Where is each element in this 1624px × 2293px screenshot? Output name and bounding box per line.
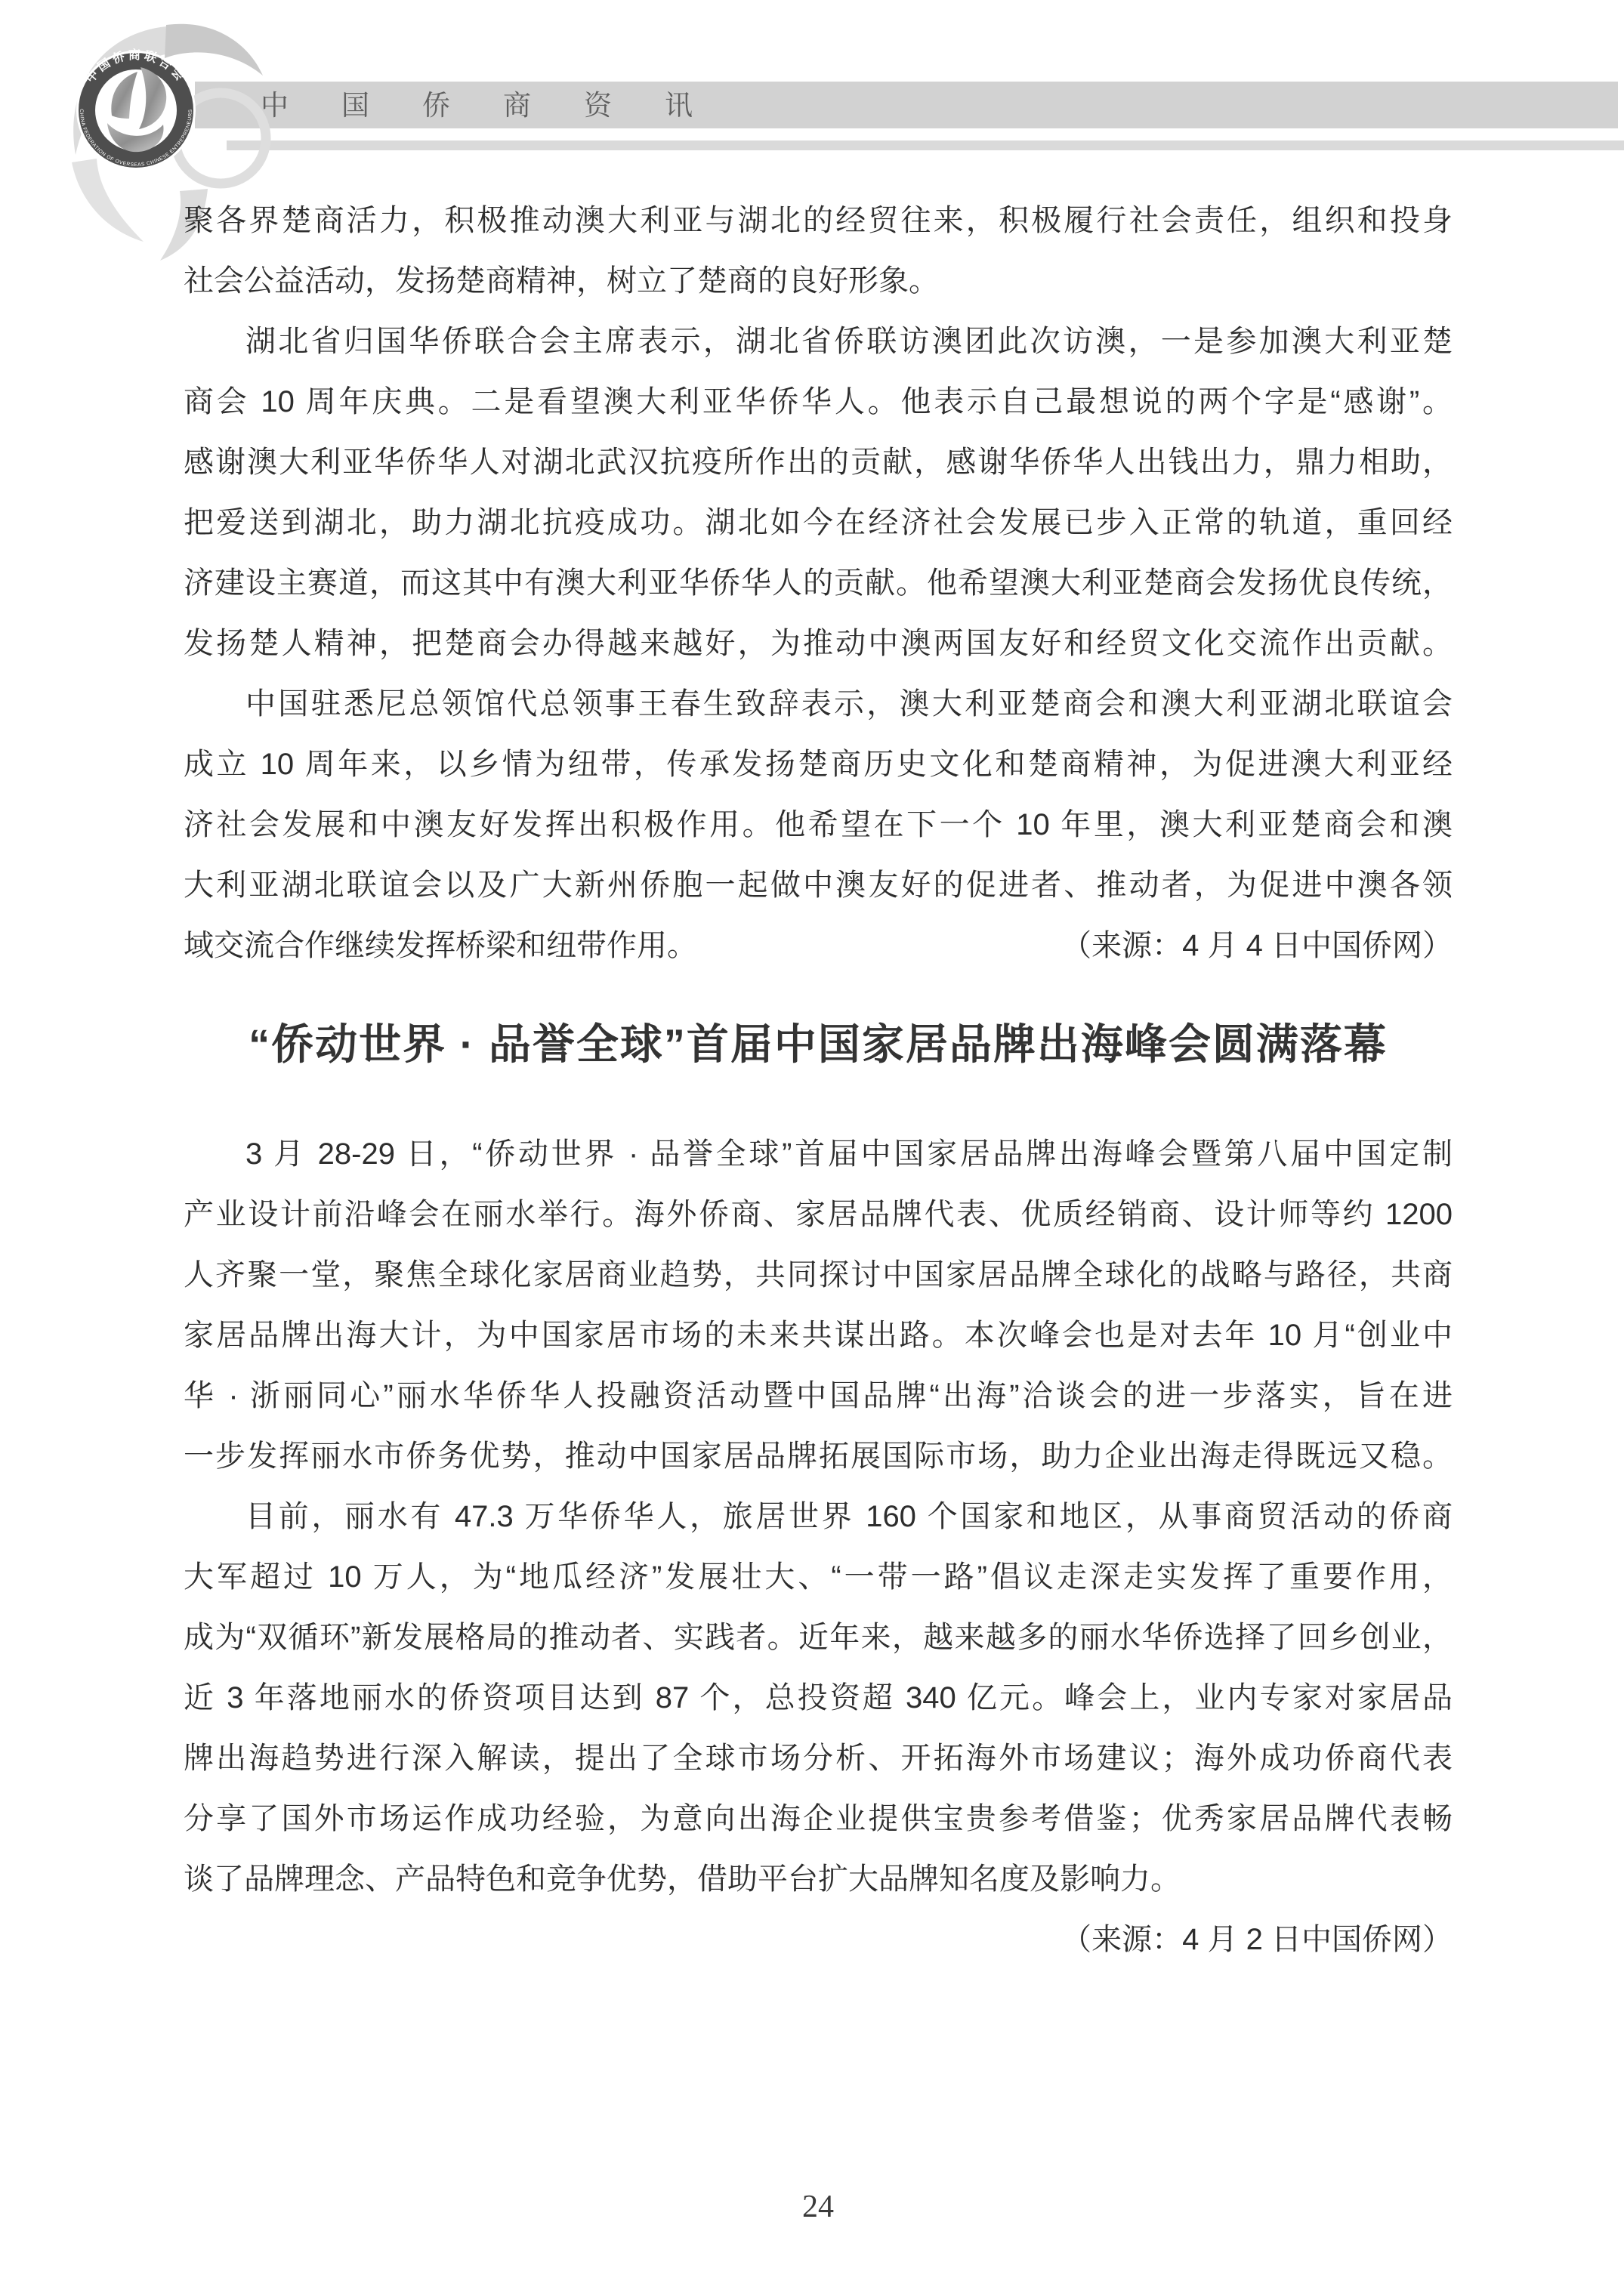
text-line: 近 3 年落地丽水的侨资项目达到 87 个，总投资超 340 亿元。峰会上，业内… <box>184 1668 1453 1728</box>
text-line: 大军超过 10 万人，为“地瓜经济”发展壮大、“一带一路”倡议走深走实发挥了重要… <box>184 1547 1453 1607</box>
text-line: 产业设计前沿峰会在丽水举行。海外侨商、家居品牌代表、优质经销商、设计师等约 12… <box>184 1184 1453 1245</box>
text-line: 人齐聚一堂，聚焦全球化家居商业趋势，共同探讨中国家居品牌全球化的战略与路径，共商 <box>184 1245 1453 1305</box>
text-line: 分享了国外市场运作成功经验，为意向出海企业提供宝贵参考借鉴；优秀家居品牌代表畅 <box>184 1788 1453 1849</box>
text-line-with-source: 域交流合作继续发挥桥梁和纽带作用。 （来源：4 月 4 日中国侨网） <box>184 915 1453 976</box>
text-line: 湖北省归国华侨联合会主席表示，湖北省侨联访澳团此次访澳，一是参加澳大利亚楚 <box>184 311 1453 372</box>
text-line: 感谢澳大利亚华侨华人对湖北武汉抗疫所作出的贡献，感谢华侨华人出钱出力，鼎力相助， <box>184 432 1453 492</box>
text-line: 社会公益活动，发扬楚商精神，树立了楚商的良好形象。 <box>184 251 1453 311</box>
page-number: 24 <box>184 2189 1453 2225</box>
text-line: 家居品牌出海大计，为中国家居市场的未来共谋出路。本次峰会也是对去年 10 月“创… <box>184 1305 1453 1366</box>
source-note: （来源：4 月 4 日中国侨网） <box>1061 915 1453 976</box>
text-line: 聚各界楚商活力，积极推动澳大利亚与湖北的经贸往来，积极履行社会责任，组织和投身 <box>184 190 1453 251</box>
article-2-headline: “侨动世界 · 品誉全球”首届中国家居品牌出海峰会圆满落幕 <box>184 1005 1453 1084</box>
text-line: 成为“双循环”新发展格局的推动者、实践者。近年来，越来越多的丽水华侨选择了回乡创… <box>184 1607 1453 1668</box>
text-line: 域交流合作继续发挥桥梁和纽带作用。 <box>184 915 697 976</box>
text-line: 发扬楚人精神，把楚商会办得越来越好，为推动中澳两国友好和经贸文化交流作出贡献。 <box>184 613 1453 674</box>
article-1-body: 聚各界楚商活力，积极推动澳大利亚与湖北的经贸往来，积极履行社会责任，组织和投身 … <box>184 190 1453 976</box>
article-2-body: 3 月 28-29 日，“侨动世界 · 品誉全球”首届中国家居品牌出海峰会暨第八… <box>184 1124 1453 1970</box>
text-line: 济建设主赛道，而这其中有澳大利亚华侨华人的贡献。他希望澳大利亚楚商会发扬优良传统… <box>184 553 1453 613</box>
text-line: 中国驻悉尼总领馆代总领事王春生致辞表示，澳大利亚楚商会和澳大利亚湖北联谊会 <box>184 674 1453 734</box>
newsletter-title: 中国侨商资讯 <box>261 82 746 128</box>
text-line: 商会 10 周年庆典。二是看望澳大利亚华侨华人。他表示自己最想说的两个字是“感谢… <box>184 372 1453 432</box>
text-line: 谈了品牌理念、产品特色和竞争优势，借助平台扩大品牌知名度及影响力。 <box>184 1849 1453 1909</box>
text-line: 大利亚湖北联谊会以及广大新州侨胞一起做中澳友好的促进者、推动者，为促进中澳各领 <box>184 855 1453 915</box>
source-note: （来源：4 月 2 日中国侨网） <box>184 1909 1453 1970</box>
text-line: 济社会发展和中澳友好发挥出积极作用。他希望在下一个 10 年里，澳大利亚楚商会和… <box>184 795 1453 855</box>
text-line: 一步发挥丽水市侨务优势，推动中国家居品牌拓展国际市场，助力企业出海走得既远又稳。 <box>184 1426 1453 1486</box>
text-line: 目前，丽水有 47.3 万华侨华人，旅居世界 160 个国家和地区，从事商贸活动… <box>184 1486 1453 1547</box>
document-page: 中国侨商资讯 <box>0 0 1624 2293</box>
text-line: 牌出海趋势进行深入解读，提出了全球市场分析、开拓海外市场建议；海外成功侨商代表 <box>184 1728 1453 1788</box>
text-line: 成立 10 周年来，以乡情为纽带，传承发扬楚商历史文化和楚商精神，为促进澳大利亚… <box>184 734 1453 795</box>
text-line: 3 月 28-29 日，“侨动世界 · 品誉全球”首届中国家居品牌出海峰会暨第八… <box>184 1124 1453 1184</box>
header-banner-underline <box>227 140 1624 150</box>
text-line: 把爱送到湖北，助力湖北抗疫成功。湖北如今在经济社会发展已步入正常的轨道，重回经 <box>184 492 1453 553</box>
text-line: 华 · 浙丽同心”丽水华侨华人投融资活动暨中国品牌“出海”洽谈会的进一步落实，旨… <box>184 1366 1453 1426</box>
